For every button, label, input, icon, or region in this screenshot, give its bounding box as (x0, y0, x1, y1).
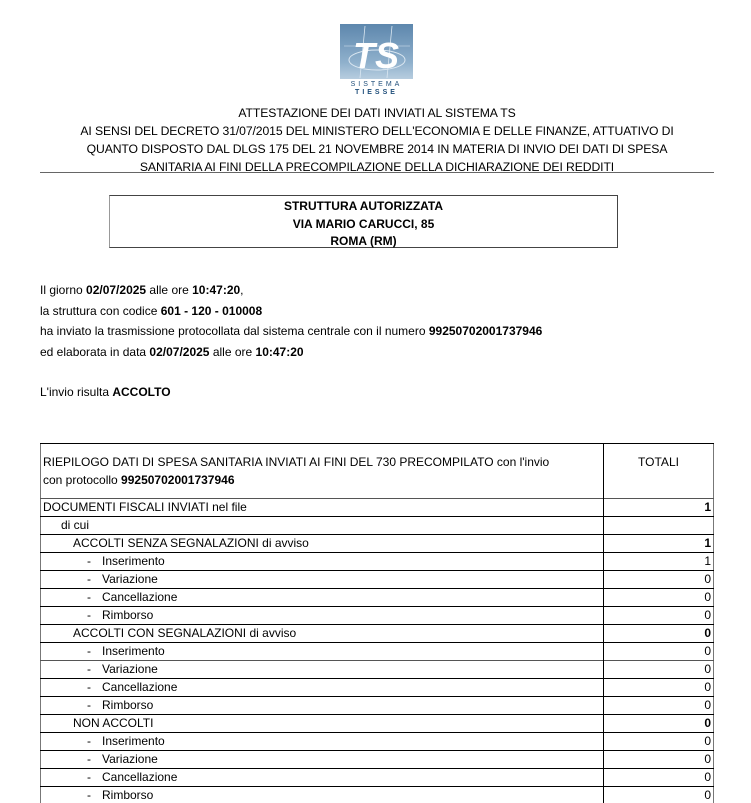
info-line-date: Il giorno 02/07/2025 alle ore 10:47:20, (40, 280, 542, 301)
row-label-text: Cancellazione (102, 590, 177, 604)
table-row: -Cancellazione0 (41, 769, 714, 787)
table-row: DOCUMENTI FISCALI INVIATI nel file1 (41, 499, 714, 517)
row-total: 0 (604, 715, 714, 733)
row-label-text: Variazione (102, 752, 158, 766)
table-row: -Inserimento1 (41, 553, 714, 571)
table-protocol: 99250702001737946 (121, 473, 234, 487)
dash-bullet: - (87, 751, 102, 768)
row-label-text: Inserimento (102, 554, 165, 568)
row-label: -Inserimento (41, 733, 604, 751)
row-label-text: DOCUMENTI FISCALI INVIATI nel file (43, 500, 247, 514)
row-label-text: ACCOLTI CON SEGNALAZIONI di avviso (73, 626, 296, 640)
row-total: 0 (604, 589, 714, 607)
processed-date: 02/07/2025 (149, 345, 209, 359)
info-line-protocol: ha inviato la trasmissione protocollata … (40, 321, 542, 342)
dash-bullet: - (87, 607, 102, 624)
table-row: -Variazione0 (41, 571, 714, 589)
result-status: ACCOLTO (112, 385, 170, 399)
row-label: -Inserimento (41, 553, 604, 571)
sistema-ts-logo: TS SISTEMA TIESSE (340, 24, 413, 95)
row-label-text: Variazione (102, 662, 158, 676)
row-total: 1 (604, 535, 714, 553)
dash-bullet: - (87, 589, 102, 606)
text: alle ore (209, 345, 255, 359)
structure-address: VIA MARIO CARUCCI, 85 (110, 216, 617, 234)
table-row: NON ACCOLTI0 (41, 715, 714, 733)
row-label: -Cancellazione (41, 769, 604, 787)
row-total: 0 (604, 751, 714, 769)
row-total: 1 (604, 499, 714, 517)
table-row: di cui (41, 517, 714, 535)
row-total: 0 (604, 607, 714, 625)
dash-bullet: - (87, 787, 102, 803)
table-row: -Variazione0 (41, 661, 714, 679)
row-label: -Variazione (41, 571, 604, 589)
row-total: 0 (604, 733, 714, 751)
table-row: ACCOLTI SENZA SEGNALAZIONI di avviso1 (41, 535, 714, 553)
row-total: 0 (604, 571, 714, 589)
row-total: 0 (604, 769, 714, 787)
row-total: 0 (604, 661, 714, 679)
transmission-info: Il giorno 02/07/2025 alle ore 10:47:20, … (40, 280, 542, 363)
info-line-processed: ed elaborata in data 02/07/2025 alle ore… (40, 342, 542, 363)
row-label-text: Inserimento (102, 734, 165, 748)
row-label: -Variazione (41, 661, 604, 679)
structure-box: STRUTTURA AUTORIZZATA VIA MARIO CARUCCI,… (109, 195, 618, 248)
row-label: DOCUMENTI FISCALI INVIATI nel file (41, 499, 604, 517)
row-label: -Inserimento (41, 643, 604, 661)
table-title-line: con protocollo 99250702001737946 (43, 471, 603, 489)
dash-bullet: - (87, 697, 102, 714)
text: , (240, 283, 243, 297)
table-row: -Inserimento0 (41, 643, 714, 661)
text: la struttura con codice (40, 304, 161, 318)
svg-text:TS: TS (353, 35, 399, 76)
table-row: -Inserimento0 (41, 733, 714, 751)
text: alle ore (146, 283, 192, 297)
dash-bullet: - (87, 571, 102, 588)
summary-table: RIEPILOGO DATI DI SPESA SANITARIA INVIAT… (40, 443, 714, 803)
dash-bullet: - (87, 643, 102, 660)
text: ed elaborata in data (40, 345, 149, 359)
row-label: -Cancellazione (41, 589, 604, 607)
result-line: L'invio risulta ACCOLTO (40, 385, 171, 399)
svg-text:TIESSE: TIESSE (355, 89, 398, 95)
text: L'invio risulta (40, 385, 112, 399)
text: con protocollo (43, 473, 121, 487)
table-title-line: RIEPILOGO DATI DI SPESA SANITARIA INVIAT… (43, 453, 603, 471)
protocol-number: 99250702001737946 (429, 324, 542, 338)
totals-header: TOTALI (604, 444, 714, 499)
text: Il giorno (40, 283, 86, 297)
processed-time: 10:47:20 (256, 345, 304, 359)
structure-name: STRUTTURA AUTORIZZATA (110, 198, 617, 216)
row-total (604, 517, 714, 535)
row-total: 0 (604, 643, 714, 661)
table-row: -Rimborso0 (41, 787, 714, 803)
sent-time: 10:47:20 (192, 283, 240, 297)
table-row: -Cancellazione0 (41, 679, 714, 697)
row-label-text: Variazione (102, 572, 158, 586)
dash-bullet: - (87, 769, 102, 786)
row-total: 1 (604, 553, 714, 571)
row-label-text: Cancellazione (102, 680, 177, 694)
info-line-code: la struttura con codice 601 - 120 - 0100… (40, 301, 542, 322)
table-header-row: RIEPILOGO DATI DI SPESA SANITARIA INVIAT… (41, 444, 714, 499)
row-total: 0 (604, 697, 714, 715)
row-label-text: Cancellazione (102, 770, 177, 784)
title-divider (40, 172, 714, 173)
row-label: ACCOLTI SENZA SEGNALAZIONI di avviso (41, 535, 604, 553)
row-label: -Rimborso (41, 697, 604, 715)
dash-bullet: - (87, 679, 102, 696)
structure-code: 601 - 120 - 010008 (161, 304, 262, 318)
row-label: ACCOLTI CON SEGNALAZIONI di avviso (41, 625, 604, 643)
row-total: 0 (604, 787, 714, 803)
document-title: ATTESTAZIONE DEI DATI INVIATI AL SISTEMA… (40, 104, 714, 176)
text: ha inviato la trasmissione protocollata … (40, 324, 429, 338)
row-label: di cui (41, 517, 604, 535)
table-row: -Rimborso0 (41, 697, 714, 715)
dash-bullet: - (87, 661, 102, 678)
row-label-text: Inserimento (102, 644, 165, 658)
row-label-text: NON ACCOLTI (73, 716, 153, 730)
title-line: ATTESTAZIONE DEI DATI INVIATI AL SISTEMA… (40, 104, 714, 122)
svg-text:SISTEMA: SISTEMA (351, 81, 403, 88)
structure-city: ROMA (RM) (110, 233, 617, 251)
row-label: -Rimborso (41, 787, 604, 803)
table-row: -Variazione0 (41, 751, 714, 769)
row-label: -Cancellazione (41, 679, 604, 697)
title-line: AI SENSI DEL DECRETO 31/07/2015 DEL MINI… (40, 122, 714, 140)
sistema-ts-logo-icon: TS SISTEMA TIESSE (340, 24, 413, 95)
row-total: 0 (604, 625, 714, 643)
table-row: -Rimborso0 (41, 607, 714, 625)
row-label-text: ACCOLTI SENZA SEGNALAZIONI di avviso (73, 536, 309, 550)
row-label-text: Rimborso (102, 788, 153, 802)
row-label-text: Rimborso (102, 698, 153, 712)
sent-date: 02/07/2025 (86, 283, 146, 297)
dash-bullet: - (87, 733, 102, 750)
row-label: NON ACCOLTI (41, 715, 604, 733)
dash-bullet: - (87, 553, 102, 570)
table-title: RIEPILOGO DATI DI SPESA SANITARIA INVIAT… (41, 444, 604, 499)
row-label: -Variazione (41, 751, 604, 769)
row-label-text: Rimborso (102, 608, 153, 622)
table-row: ACCOLTI CON SEGNALAZIONI di avviso0 (41, 625, 714, 643)
title-line: SANITARIA AI FINI DELLA PRECOMPILAZIONE … (40, 158, 714, 176)
title-line: QUANTO DISPOSTO DAL DLGS 175 DEL 21 NOVE… (40, 140, 714, 158)
row-label: -Rimborso (41, 607, 604, 625)
row-total: 0 (604, 679, 714, 697)
table-row: -Cancellazione0 (41, 589, 714, 607)
row-label-text: di cui (61, 518, 89, 532)
